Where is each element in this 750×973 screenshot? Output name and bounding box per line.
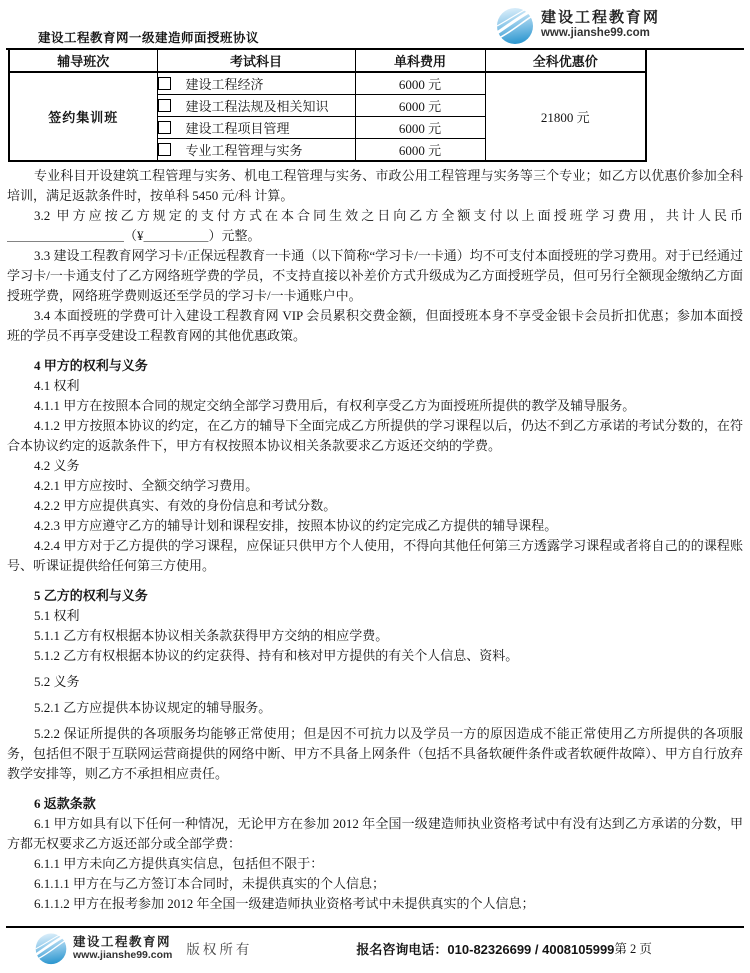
paragraph-5-1-1: 5.1.1 乙方有权根据本协议相关条款获得甲方交纳的相应学费。 xyxy=(7,626,743,646)
paragraph-3-4: 3.4 本面授班的学费可计入建设工程教育网 VIP 会员累积交费金额，但面授班本… xyxy=(7,306,743,346)
paragraph-5-1-2: 5.1.2 乙方有权根据本协议的约定获得、持有和核对甲方提供的有关个人信息、资料… xyxy=(7,646,743,666)
fill-in-blank-line[interactable]: ＿＿＿＿＿＿＿＿＿（¥＿＿＿＿＿）元整。 xyxy=(7,226,743,246)
subject-cell: 建设工程项目管理 xyxy=(157,117,355,139)
phone-line: 报名咨询电话：010-82326699 / 4008105999 xyxy=(356,939,614,958)
col-header-price: 单科费用 xyxy=(355,49,485,72)
paragraph-3-2: 3.2 甲方应按乙方规定的支付方式在本合同生效之日向乙方全额支付以上面授班学习费… xyxy=(7,206,743,226)
phone-label: 报名咨询电话： xyxy=(356,942,447,957)
subject-label: 建设工程项目管理 xyxy=(186,121,290,136)
paragraph-6-1-1: 6.1.1 甲方未向乙方提供真实信息，包括但不限于： xyxy=(7,854,743,874)
footer-brand-logo: 建设工程教育网 www.jianshe99.com xyxy=(34,931,172,965)
footer-brand-url: www.jianshe99.com xyxy=(73,949,172,961)
table-header-row: 辅导班次 考试科目 单科费用 全科优惠价 xyxy=(9,49,646,72)
subject-cell: 建设工程法规及相关知识 xyxy=(157,95,355,117)
footer-row: 建设工程教育网 www.jianshe99.com 版权所有 报名咨询电话：01… xyxy=(0,928,750,965)
paragraph-4-2-3: 4.2.3 甲方应遵守乙方的辅导计划和课程安排，按照本协议的约定完成乙方提供的辅… xyxy=(7,516,743,536)
page-header: 建设工程教育网一级建造师面授班协议 建设工程教育网 www.jianshe99.… xyxy=(0,0,750,48)
paragraph-4-1-1: 4.1.1 甲方在按照本合同的规定交纳全部学习费用后，有权利享受乙方为面授班所提… xyxy=(7,396,743,416)
price-cell: 6000 元 xyxy=(355,95,485,117)
subject-cell: 专业工程管理与实务 xyxy=(157,139,355,162)
subject-label: 专业工程管理与实务 xyxy=(186,143,303,158)
paragraph-5-1: 5.1 权利 xyxy=(7,606,743,626)
brand-text: 建设工程教育网 www.jianshe99.com xyxy=(541,10,660,39)
price-cell: 6000 元 xyxy=(355,139,485,162)
page-footer: 建设工程教育网 www.jianshe99.com 版权所有 报名咨询电话：01… xyxy=(0,926,750,965)
paragraph-5-2-1: 5.2.1 乙方应提供本协议规定的辅导服务。 xyxy=(7,698,743,718)
page-number: 第 2 页 xyxy=(614,939,652,957)
globe-swoosh-icon xyxy=(495,5,535,45)
footer-brand-text: 建设工程教育网 www.jianshe99.com xyxy=(73,935,172,961)
paragraph-4-1-2: 4.1.2 甲方按照本协议的约定，在乙方的辅导下全面完成乙方所提供的学习课程以后… xyxy=(7,416,743,456)
contract-page: 建设工程教育网一级建造师面授班协议 建设工程教育网 www.jianshe99.… xyxy=(0,0,750,973)
section-heading-6: 6 返款条款 xyxy=(7,794,743,814)
table-row: 签约集训班 建设工程经济 6000 元 21800 元 xyxy=(9,72,646,95)
checkbox-icon[interactable] xyxy=(158,143,171,156)
price-cell: 6000 元 xyxy=(355,72,485,95)
subject-cell: 建设工程经济 xyxy=(157,72,355,95)
paragraph-6-1: 6.1 甲方如具有以下任何一种情况，无论甲方在参加 2012 年全国一级建造师执… xyxy=(7,814,743,854)
paragraph-3-3: 3.3 建设工程教育网学习卡/正保远程教育一卡通（以下简称“学习卡/一卡通）均不… xyxy=(7,246,743,306)
price-cell: 6000 元 xyxy=(355,117,485,139)
col-header-class: 辅导班次 xyxy=(9,49,157,72)
paragraph-5-2-2: 5.2.2 保证所提供的各项服务均能够正常使用；但是因不可抗力以及学员一方的原因… xyxy=(7,724,743,784)
subject-label: 建设工程法规及相关知识 xyxy=(186,99,329,114)
package-price-cell: 21800 元 xyxy=(485,72,646,161)
paragraph-4-2-4: 4.2.4 甲方对于乙方提供的学习课程，应保证只供甲方个人使用，不得向其他任何第… xyxy=(7,536,743,576)
paragraph-4-1: 4.1 权利 xyxy=(7,376,743,396)
subject-label: 建设工程经济 xyxy=(186,77,264,92)
footer-brand-name: 建设工程教育网 xyxy=(73,935,172,949)
paragraph-intro: 专业科目开设建筑工程管理与实务、机电工程管理与实务、市政公用工程管理与实务等三个… xyxy=(7,166,743,206)
paragraph-4-2-2: 4.2.2 甲方应提供真实、有效的身份信息和考试分数。 xyxy=(7,496,743,516)
paragraph-5-2: 5.2 义务 xyxy=(7,672,743,692)
col-header-package: 全科优惠价 xyxy=(485,49,646,72)
checkbox-icon[interactable] xyxy=(158,99,171,112)
pricing-table: 辅导班次 考试科目 单科费用 全科优惠价 签约集训班 建设工程经济 6000 元… xyxy=(8,48,647,162)
globe-swoosh-icon xyxy=(34,931,68,965)
section-heading-5: 5 乙方的权利与义务 xyxy=(7,586,743,606)
section-heading-4: 4 甲方的权利与义务 xyxy=(7,356,743,376)
paragraph-6-1-1-1: 6.1.1.1 甲方在与乙方签订本合同时，未提供真实的个人信息； xyxy=(7,874,743,894)
phone-numbers: 010-82326699 / 4008105999 xyxy=(447,942,614,957)
checkbox-icon[interactable] xyxy=(158,121,171,134)
paragraph-4-2: 4.2 义务 xyxy=(7,456,743,476)
page-title: 建设工程教育网一级建造师面授班协议 xyxy=(38,28,259,46)
contract-body: 专业科目开设建筑工程管理与实务、机电工程管理与实务、市政公用工程管理与实务等三个… xyxy=(0,162,750,914)
copyright-label: 版权所有 xyxy=(186,938,252,958)
col-header-subject: 考试科目 xyxy=(157,49,355,72)
brand-logo: 建设工程教育网 www.jianshe99.com xyxy=(495,5,660,45)
brand-name: 建设工程教育网 xyxy=(541,10,660,27)
checkbox-icon[interactable] xyxy=(158,77,171,90)
paragraph-4-2-1: 4.2.1 甲方应按时、全额交纳学习费用。 xyxy=(7,476,743,496)
class-name-cell: 签约集训班 xyxy=(9,72,157,161)
paragraph-6-1-1-2: 6.1.1.2 甲方在报考参加 2012 年全国一级建造师执业资格考试中未提供真… xyxy=(7,894,743,914)
brand-url: www.jianshe99.com xyxy=(541,27,660,40)
